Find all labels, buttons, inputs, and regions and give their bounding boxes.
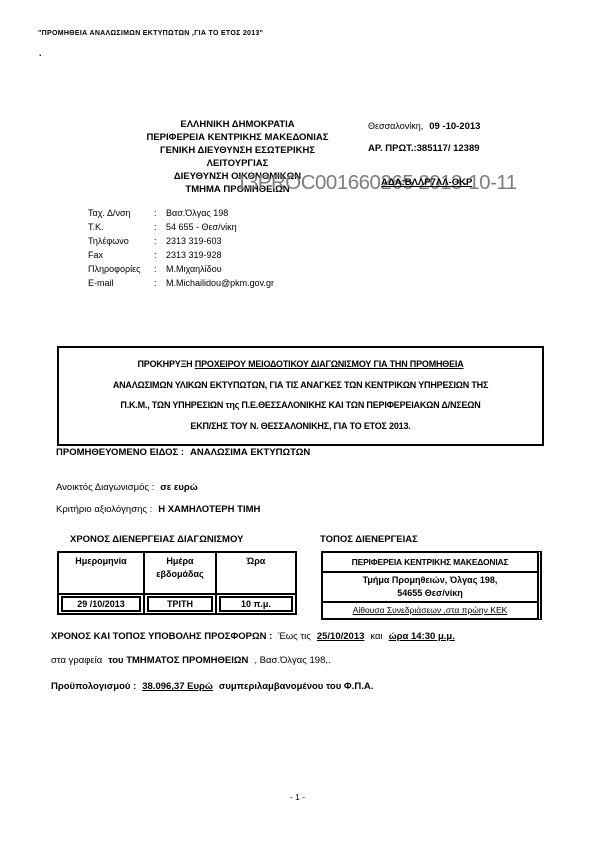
budget-amount: 38.096,37 Ευρώ bbox=[142, 681, 213, 692]
tender-label: Ανοικτός Διαγωνισμός : bbox=[56, 482, 154, 493]
page-number: - 1 - bbox=[0, 792, 595, 802]
contact-separator: : bbox=[154, 220, 166, 234]
criterion-label: Κριτήριο αξιολόγησης : bbox=[56, 504, 152, 515]
schedule-header-date: Ημερομηνία bbox=[58, 552, 144, 594]
criterion-line: Κριτήριο αξιολόγησης :Η ΧΑΜΗΛΟΤΕΡΗ ΤΙΜΗ bbox=[56, 504, 260, 515]
submission-line-1: ΧΡΟΝΟΣ ΚΑΙ ΤΟΠΟΣ ΥΠΟΒΟΛΗΣ ΠΡΟΣΦΟΡΩΝ :Έως… bbox=[51, 631, 455, 642]
contact-label: Fax bbox=[88, 248, 154, 262]
contact-row: Fax : 2313 319-928 bbox=[88, 248, 274, 262]
protocol-number: ΑΡ. ΠΡΩΤ.:385117/ 12389 bbox=[368, 143, 480, 154]
venue-table-title: ΤΟΠΟΣ ΔΙΕΝΕΡΓΕΙΑΣ bbox=[320, 534, 418, 545]
schedule-cell-day: ΤΡΙΤΗ bbox=[144, 594, 216, 614]
contact-separator: : bbox=[154, 206, 166, 220]
running-header-mark: . bbox=[39, 48, 42, 58]
submission-office-pre: στα γραφεία bbox=[51, 655, 102, 666]
contact-label: Τηλέφωνο bbox=[88, 234, 154, 248]
schedule-table: Ημερομηνία Ημέρα εβδομάδας Ώρα 29 /10/20… bbox=[57, 551, 297, 615]
criterion-value: Η ΧΑΜΗΛΟΤΕΡΗ ΤΙΜΗ bbox=[158, 504, 260, 515]
contact-separator: : bbox=[154, 248, 166, 262]
city-label: Θεσσαλονίκη, bbox=[368, 121, 423, 131]
contact-value: Βασ.Όλγας 198 bbox=[166, 206, 228, 220]
schedule-cell-date: 29 /10/2013 bbox=[58, 594, 144, 614]
procured-item-line: ΠΡΟΜΗΘΕΥΟΜΕΝΟ ΕΙΔΟΣ :ΑΝΑΛΩΣΙΜΑ ΕΚΤΥΠΩΤΩΝ bbox=[56, 447, 310, 458]
contact-value: 54 655 - Θεσ/νίκη bbox=[166, 220, 237, 234]
contact-label: Ταχ. Δ/νση bbox=[88, 206, 154, 220]
announcement-line-3: Π.Κ.Μ., ΤΩΝ ΥΠΗΡΕΣΙΩΝ της Π.Ε.ΘΕΣΣΑΛΟΝΙΚ… bbox=[66, 395, 535, 416]
announcement-box: ΠΡΟΚΗΡΥΞΗ ΠΡΟΧΕΙΡΟΥ ΜΕΙΟΔΟΤΙΚΟΥ ΔΙΑΓΩΝΙΣ… bbox=[57, 346, 544, 446]
schedule-header-day: Ημέρα εβδομάδας bbox=[144, 552, 216, 594]
announcement-line-1: ΠΡΟΚΗΡΥΞΗ ΠΡΟΧΕΙΡΟΥ ΜΕΙΟΔΟΤΙΚΟΥ ΔΙΑΓΩΝΙΣ… bbox=[66, 354, 535, 375]
diavgeia-watermark: 13PROC001660265 2013-10-11 bbox=[236, 171, 517, 195]
agency-line: ΕΛΛΗΝΙΚΗ ΔΗΜΟΚΡΑΤΙΑ bbox=[95, 118, 380, 131]
schedule-value-row: 29 /10/2013 ΤΡΙΤΗ 10 π.μ. bbox=[58, 594, 296, 614]
tender-type-line: Ανοικτός Διαγωνισμός :σε ευρώ bbox=[56, 482, 198, 493]
document-date: 09 -10-2013 bbox=[429, 121, 480, 132]
contact-value: 2313 319-603 bbox=[166, 234, 222, 248]
budget-suffix: συμπεριλαμβανομένου του Φ.Π.Α. bbox=[219, 681, 373, 692]
schedule-cell-time: 10 π.μ. bbox=[216, 594, 296, 614]
agency-line: ΛΕΙΤΟΥΡΓΙΑΣ bbox=[95, 157, 380, 170]
venue-department: Τμήμα Προμηθειών, Όλγας 198, 54655 Θεσ/ν… bbox=[323, 573, 537, 603]
running-header-quote: "ΠΡΟΜΗΘΕΙΑ ΑΝΑΛΩΣΙΜΩΝ ΕΚΤΥΠΩΤΩΝ ,ΓΙΑ ΤΟ … bbox=[38, 30, 263, 37]
contact-row: Πληροφορίες : Μ.Μιχαηλίδου bbox=[88, 262, 274, 276]
contact-value: 2313 319-928 bbox=[166, 248, 222, 262]
submission-label: ΧΡΟΝΟΣ ΚΑΙ ΤΟΠΟΣ ΥΠΟΒΟΛΗΣ ΠΡΟΣΦΟΡΩΝ : bbox=[51, 631, 272, 642]
schedule-header-time: Ώρα bbox=[216, 552, 296, 594]
tender-value: σε ευρώ bbox=[160, 482, 198, 493]
contact-value: M.Michailidou@pkm.gov.gr bbox=[166, 276, 274, 290]
budget-line: Προϋπολογισμού :38.096,37 Ευρώσυμπεριλαμ… bbox=[51, 681, 373, 692]
contact-separator: : bbox=[154, 234, 166, 248]
submission-line-2: στα γραφείατου ΤΜΗΜΑΤΟΣ ΠΡΟΜΗΘΕΙΩΝ, Βασ.… bbox=[51, 655, 331, 666]
contact-row: Τ.Κ. : 54 655 - Θεσ/νίκη bbox=[88, 220, 274, 234]
announcement-prefix: ΠΡΟΚΗΡΥΞΗ bbox=[137, 359, 194, 369]
venue-region: ΠΕΡΙΦΕΡΕΙΑ ΚΕΝΤΡΙΚΗΣ ΜΑΚΕΔΟΝΙΑΣ bbox=[323, 553, 537, 573]
contact-label: E-mail bbox=[88, 276, 154, 290]
ada-code: ΑΔΑ:ΒΛΛΡ7ΛΛ-ΟΚΡ bbox=[381, 177, 472, 188]
procured-label: ΠΡΟΜΗΘΕΥΟΜΕΝΟ ΕΙΔΟΣ : bbox=[56, 447, 184, 458]
schedule-header-row: Ημερομηνία Ημέρα εβδομάδας Ώρα bbox=[58, 552, 296, 594]
city-date-line: Θεσσαλονίκη,09 -10-2013 bbox=[368, 121, 480, 132]
agency-line: ΠΕΡΙΦΕΡΕΙΑ ΚΕΝΤΡΙΚΗΣ ΜΑΚΕΔΟΝΙΑΣ bbox=[95, 131, 380, 144]
venue-table: ΠΕΡΙΦΕΡΕΙΑ ΚΕΝΤΡΙΚΗΣ ΜΑΚΕΔΟΝΙΑΣ Τμήμα Πρ… bbox=[321, 551, 542, 620]
contact-label: Τ.Κ. bbox=[88, 220, 154, 234]
venue-room: Αίθουσα Συνεδριάσεων ,στα πρώην ΚΕΚ bbox=[323, 603, 537, 618]
contact-row: E-mail : M.Michailidou@pkm.gov.gr bbox=[88, 276, 274, 290]
contact-separator: : bbox=[154, 276, 166, 290]
contact-row: Ταχ. Δ/νση : Βασ.Όλγας 198 bbox=[88, 206, 274, 220]
submission-address: , Βασ.Όλγας 198,. bbox=[254, 655, 330, 666]
submission-office: του ΤΜΗΜΑΤΟΣ ΠΡΟΜΗΘΕΙΩΝ bbox=[108, 655, 248, 666]
schedule-table-title: ΧΡΟΝΟΣ ΔΙΕΝΕΡΓΕΙΑΣ ΔΙΑΓΩΝΙΣΜΟΥ bbox=[70, 534, 243, 545]
procured-value: ΑΝΑΛΩΣΙΜΑ ΕΚΤΥΠΩΤΩΝ bbox=[190, 447, 310, 458]
document-page: "ΠΡΟΜΗΘΕΙΑ ΑΝΑΛΩΣΙΜΩΝ ΕΚΤΥΠΩΤΩΝ ,ΓΙΑ ΤΟ … bbox=[0, 0, 595, 842]
contact-separator: : bbox=[154, 262, 166, 276]
submission-until: Έως τις bbox=[278, 631, 311, 642]
budget-label: Προϋπολογισμού : bbox=[51, 681, 136, 692]
contact-label: Πληροφορίες bbox=[88, 262, 154, 276]
contact-row: Τηλέφωνο : 2313 319-603 bbox=[88, 234, 274, 248]
contact-value: Μ.Μιχαηλίδου bbox=[166, 262, 222, 276]
agency-line: ΓΕΝΙΚΗ ΔΙΕΥΘΥΝΣΗ ΕΣΩΤΕΡΙΚΗΣ bbox=[95, 144, 380, 157]
announcement-line-2: ΑΝΑΛΩΣΙΜΩΝ ΥΛΙΚΩΝ ΕΚΤΥΠΩΤΩΝ, ΓΙΑ ΤΙΣ ΑΝΑ… bbox=[66, 375, 535, 396]
announcement-title-underlined: ΠΡΟΧΕΙΡΟΥ ΜΕΙΟΔΟΤΙΚΟΥ ΔΙΑΓΩΝΙΣΜΟΥ ΓΙΑ ΤΗ… bbox=[195, 359, 464, 369]
submission-time: ώρα 14:30 μ.μ. bbox=[389, 631, 455, 642]
submission-and: και bbox=[370, 631, 382, 642]
contact-block: Ταχ. Δ/νση : Βασ.Όλγας 198 Τ.Κ. : 54 655… bbox=[88, 206, 274, 290]
announcement-line-4: ΕΚΠ/ΣΗΣ ΤΟΥ Ν. ΘΕΣΣΑΛΟΝΙΚΗΣ, ΓΙΑ ΤΟ ΕΤΟΣ… bbox=[66, 416, 535, 437]
submission-date: 25/10/2013 bbox=[317, 631, 365, 642]
